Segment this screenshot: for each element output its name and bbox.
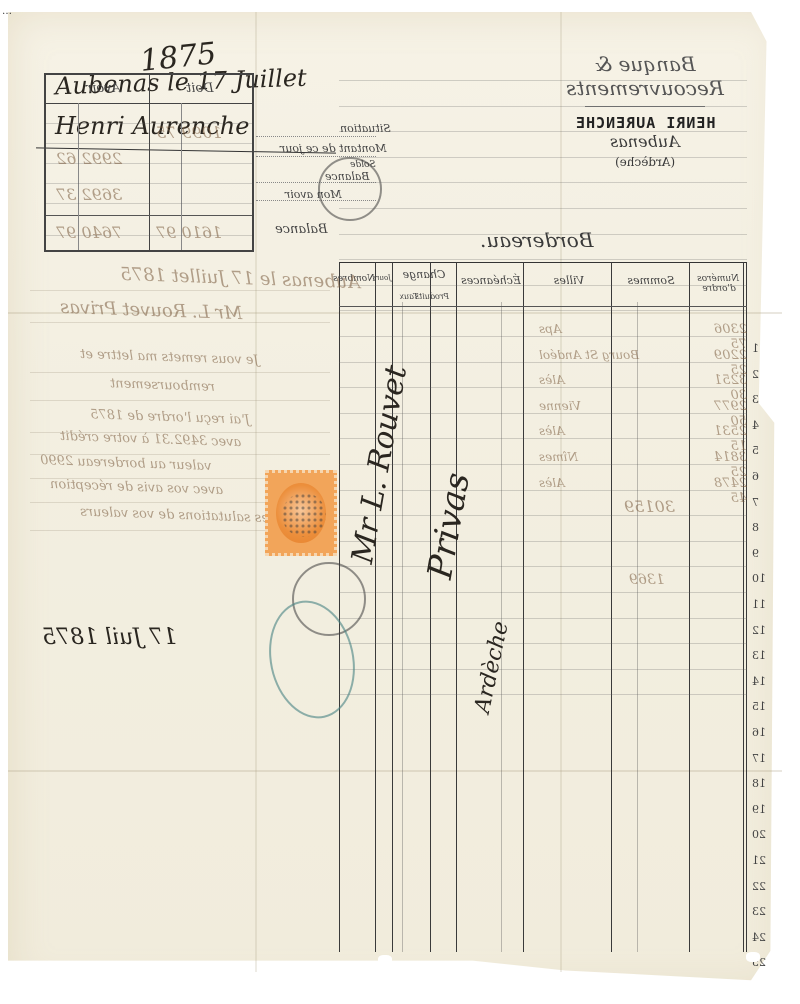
ledger-box: Avoir Doit 1099 75 2992 62 3692 37 1610 … — [44, 73, 254, 252]
ledger-amount: 7640 97 — [56, 223, 122, 242]
row-number: 23 — [752, 905, 766, 918]
table-row — [339, 285, 747, 286]
row-number: 12 — [752, 624, 766, 637]
row-number: 14 — [752, 675, 766, 688]
row-number: 20 — [752, 828, 766, 841]
ledger-amount: 3692 37 — [56, 185, 122, 204]
row-number: 16 — [752, 726, 766, 739]
letterhead: Banque & Recouvrements HENRI AURENCHE Au… — [520, 52, 770, 170]
table-row — [339, 643, 747, 644]
row-number: 6 — [752, 470, 759, 483]
row-number: 11 — [752, 598, 766, 611]
table-row — [339, 464, 747, 465]
row-number: 9 — [752, 547, 759, 560]
postage-stamp — [265, 470, 337, 556]
table-row — [339, 259, 747, 260]
table-row — [339, 234, 747, 235]
table-row — [339, 310, 747, 311]
faded-subtotal: 1369 — [629, 572, 665, 588]
row-number: 4 — [752, 419, 759, 432]
faded-ville: Nîmes — [539, 450, 578, 464]
row-number: 13 — [752, 649, 766, 662]
company-name: HENRI AURENCHE — [575, 114, 715, 132]
row-number: 3 — [752, 393, 759, 406]
faded-sum: 2478 45 — [694, 476, 747, 506]
city: Aubenas — [610, 132, 680, 151]
row-number: 2 — [752, 368, 759, 381]
table-row — [339, 106, 747, 107]
table-row — [339, 131, 747, 132]
table-row — [339, 669, 747, 670]
table-row — [339, 566, 747, 567]
table-row — [339, 80, 747, 81]
table-row — [339, 618, 747, 619]
table-row — [339, 336, 747, 337]
corner-mark: … — [2, 6, 12, 17]
ledger-amount: 2992 62 — [56, 149, 122, 168]
row-number: 8 — [752, 521, 759, 534]
ledger-header-doit: Doit — [186, 81, 214, 96]
table-row — [339, 182, 747, 183]
row-number: 1 — [752, 342, 759, 355]
footnote: 17 Juil 1875 — [42, 625, 177, 650]
table-row — [339, 362, 747, 363]
table-row — [339, 157, 747, 158]
ledger-amount: 1610 97 — [156, 223, 222, 242]
faded-total: 30159 — [624, 497, 675, 516]
faded-ville: Alès — [539, 424, 565, 438]
row-number: 7 — [752, 496, 759, 509]
row-number: 19 — [752, 803, 766, 816]
faded-ville: Alès — [539, 476, 565, 490]
header-change-produits: Produits — [419, 292, 449, 301]
ledger-amount: 1099 75 — [156, 123, 222, 142]
table-row — [339, 515, 747, 516]
faded-ville: Alès — [539, 373, 565, 387]
cancellation-mark — [282, 493, 326, 537]
table-row — [339, 490, 747, 491]
faded-ville: Aps — [539, 322, 562, 336]
form-title: Bordereau. — [480, 228, 594, 252]
table-row — [339, 592, 747, 593]
row-number: 5 — [752, 444, 759, 457]
table-row — [339, 694, 747, 695]
row-number: 15 — [752, 700, 766, 713]
faded-ville: Vienne — [539, 399, 581, 413]
faded-ville: Bourg St Andéol — [539, 348, 639, 362]
header-change: Change — [395, 268, 453, 281]
form-label: Situation — [340, 122, 391, 135]
row-number: 22 — [752, 880, 766, 893]
postmark — [318, 157, 382, 221]
row-number: 24 — [752, 931, 766, 944]
banner-script: Banque & Recouvrements — [520, 52, 770, 100]
table-row — [339, 541, 747, 542]
header-jours: Jours — [377, 274, 391, 282]
row-number: 18 — [752, 777, 766, 790]
table-row — [339, 208, 747, 209]
row-number: 17 — [752, 752, 766, 765]
form-label: Montant de ce jour — [280, 142, 387, 155]
ledger-header-avoir: Avoir — [86, 81, 120, 96]
row-number: 21 — [752, 854, 766, 867]
row-number: 10 — [752, 572, 766, 585]
form-label: Balance — [275, 222, 328, 237]
